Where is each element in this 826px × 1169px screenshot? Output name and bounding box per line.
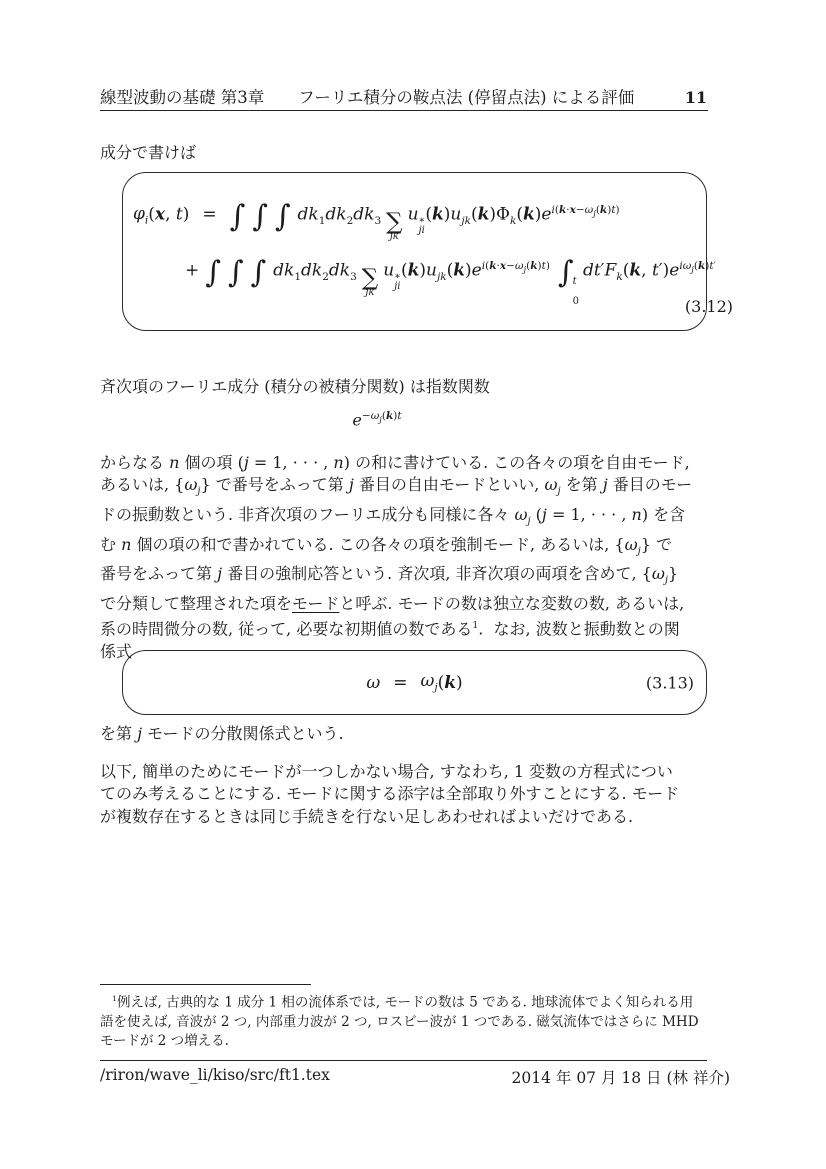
equation-box-3-12: φi(x, t)=∫∫∫dk1dk2dk3∑jku∗ji(k)ujk(k)Φk(…: [122, 172, 707, 331]
text-line: を第 j モードの分散関係式という.: [100, 723, 732, 745]
page-number: 11: [685, 88, 707, 107]
header-rule: [100, 110, 708, 111]
inline-equation-exponential: e−ωj(k)t: [62, 410, 692, 429]
chapter-title: フーリエ積分の鞍点法 (停留点法) による評価: [298, 84, 634, 108]
footnote: 1例えば, 古典的な 1 成分 1 相の流体系では, モードの数は 5 である.…: [100, 989, 736, 1051]
text-line: からなる n 個の項 (j = 1, · · · , n) の和に書けている. …: [100, 452, 732, 474]
equation-box-3-13: ω=ωj(k) (3.13): [122, 650, 707, 715]
equation-number-3-13: (3.13): [646, 673, 694, 692]
text-line: 系の時間微分の数, 従って, 必要な初期値の数である1. なお, 波数と振動数と…: [100, 615, 732, 641]
text-line: む n 個の項の和で書かれている. この各々の項を強制モード, あるいは, {ω…: [100, 534, 732, 564]
text-line: てのみ考えることにする. モードに関する添字は全部取り外すことにする. モード: [100, 783, 732, 805]
text-line: が複数存在するときは同じ手続きを行ない足しあわせればよいだけである.: [100, 806, 732, 828]
footnote-line: モードが 2 つ増える.: [100, 1032, 736, 1051]
paragraph-single-mode: 以下, 簡単のためにモードが一つしかない場合, すなわち, 1 変数の方程式につ…: [100, 761, 732, 828]
paragraph-fourier-component: 斉次項のフーリエ成分 (積分の被積分関数) は指数関数: [100, 376, 732, 398]
footer-file-path: /riron/wave_li/kiso/src/ft1.tex: [100, 1066, 330, 1088]
paragraph-dispersion-relation: を第 j モードの分散関係式という.: [100, 723, 732, 745]
equation-3-12-line-1: φi(x, t)=∫∫∫dk1dk2dk3∑jku∗ji(k)ujk(k)Φk(…: [133, 199, 620, 241]
page-footer: /riron/wave_li/kiso/src/ft1.tex 2014 年 0…: [100, 1066, 730, 1088]
intro-text: 成分で書けば: [100, 140, 196, 163]
paragraph-modes: からなる n 個の項 (j = 1, · · · , n) の和に書けている. …: [100, 452, 732, 663]
equation-3-12-line-2: +∫∫∫dk1dk2dk3∑jku∗ji(k)ujk(k)ei(k·x−ωj(k…: [185, 255, 716, 307]
footnote-rule: [100, 984, 311, 985]
page-header: 線型波動の基礎 第3章 フーリエ積分の鞍点法 (停留点法) による評価 11: [100, 84, 707, 108]
text-line: で分類して整理された項をモードと呼ぶ. モードの数は独立な変数の数, あるいは,: [100, 593, 732, 615]
equation-number-3-12: (3.12): [685, 297, 733, 316]
footer-date: 2014 年 07 月 18 日 (林 祥介): [512, 1066, 730, 1088]
text-line: 番号をふって第 j 番目の強制応答という. 斉次項, 非斉次項の両項を含めて, …: [100, 563, 732, 593]
text-line: ドの振動数という. 非斉次項のフーリエ成分も同様に各々 ωj (j = 1, ·…: [100, 504, 732, 534]
footer-rule: [100, 1060, 707, 1061]
text-line: 以下, 簡単のためにモードが一つしかない場合, すなわち, 1 変数の方程式につ…: [100, 761, 732, 783]
document-page: 線型波動の基礎 第3章 フーリエ積分の鞍点法 (停留点法) による評価 11 成…: [0, 0, 826, 1169]
running-title: 線型波動の基礎 第3章: [100, 84, 264, 108]
equation-3-13-body: ω=ωj(k): [123, 651, 706, 714]
footnote-line: 語を使えば, 音波が 2 つ, 内部重力波が 2 つ, ロスビー波が 1 つであ…: [100, 1013, 736, 1032]
footnote-line: 1例えば, 古典的な 1 成分 1 相の流体系では, モードの数は 5 である.…: [100, 989, 736, 1013]
text-line: 斉次項のフーリエ成分 (積分の被積分関数) は指数関数: [100, 376, 732, 398]
text-line: あるいは, {ωj} で番号をふって第 j 番目の自由モードといい, ωj を第…: [100, 474, 732, 504]
